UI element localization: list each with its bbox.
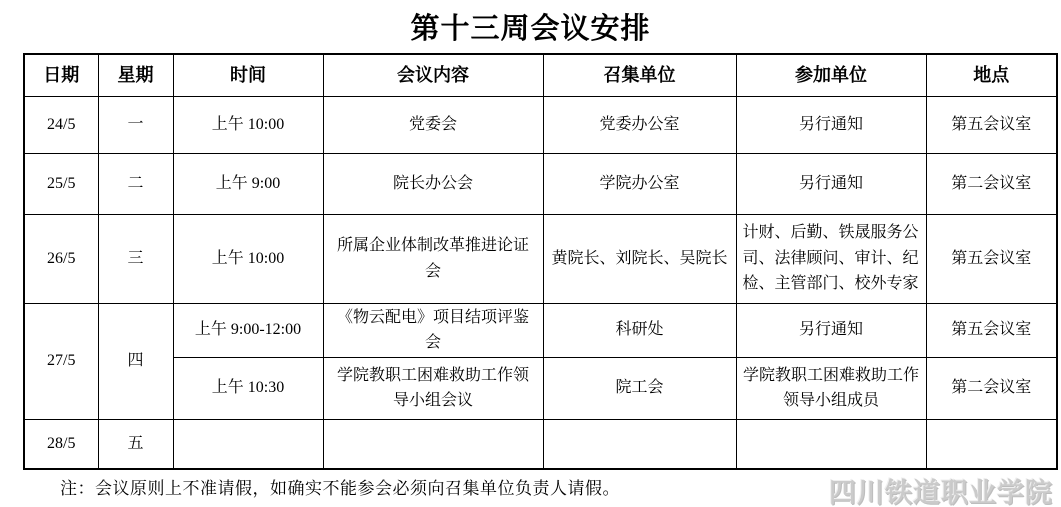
convener-cell xyxy=(543,419,736,469)
location-cell: 第五会议室 xyxy=(926,303,1057,357)
weekday-cell: 三 xyxy=(98,214,173,303)
table-row: 28/5 五 xyxy=(24,419,1057,469)
date-cell: 28/5 xyxy=(24,419,98,469)
location-cell: 第二会议室 xyxy=(926,357,1057,419)
date-cell: 26/5 xyxy=(24,214,98,303)
table-row: 27/5 四 上午 9:00-12:00 《物云配电》项目结项评鉴会 科研处 另… xyxy=(24,303,1057,357)
content-cell: 党委会 xyxy=(323,96,543,153)
content-cell xyxy=(323,419,543,469)
content-cell: 学院教职工困难救助工作领导小组会议 xyxy=(323,357,543,419)
column-header-weekday: 星期 xyxy=(98,54,173,96)
time-cell xyxy=(173,419,323,469)
date-cell: 27/5 xyxy=(24,303,98,419)
time-cell: 上午 9:00-12:00 xyxy=(173,303,323,357)
participants-cell xyxy=(736,419,926,469)
column-header-convener: 召集单位 xyxy=(543,54,736,96)
table-row: 25/5 二 上午 9:00 院长办公会 学院办公室 另行通知 第二会议室 xyxy=(24,153,1057,214)
time-cell: 上午 10:00 xyxy=(173,214,323,303)
participants-cell: 另行通知 xyxy=(736,303,926,357)
participants-cell: 学院教职工困难救助工作领导小组成员 xyxy=(736,357,926,419)
convener-cell: 党委办公室 xyxy=(543,96,736,153)
table-row: 26/5 三 上午 10:00 所属企业体制改革推进论证会 黄院长、刘院长、吴院… xyxy=(24,214,1057,303)
weekday-cell: 五 xyxy=(98,419,173,469)
page-title: 第十三周会议安排 xyxy=(0,0,1061,47)
participants-cell: 另行通知 xyxy=(736,96,926,153)
column-header-content: 会议内容 xyxy=(323,54,543,96)
note-text: 注：会议原则上不准请假，如确实不能参会必须向召集单位负责人请假。 xyxy=(60,474,620,499)
convener-cell: 院工会 xyxy=(543,357,736,419)
location-cell: 第五会议室 xyxy=(926,214,1057,303)
column-header-location: 地点 xyxy=(926,54,1057,96)
time-cell: 上午 10:30 xyxy=(173,357,323,419)
watermark: 四川铁道职业学院 xyxy=(829,471,1053,507)
participants-cell: 另行通知 xyxy=(736,153,926,214)
time-cell: 上午 9:00 xyxy=(173,153,323,214)
content-cell: 《物云配电》项目结项评鉴会 xyxy=(323,303,543,357)
participants-cell: 计财、后勤、铁晟服务公司、法律顾问、审计、纪检、主管部门、校外专家 xyxy=(736,214,926,303)
content-cell: 所属企业体制改革推进论证会 xyxy=(323,214,543,303)
time-cell: 上午 10:00 xyxy=(173,96,323,153)
table-row: 24/5 一 上午 10:00 党委会 党委办公室 另行通知 第五会议室 xyxy=(24,96,1057,153)
date-cell: 25/5 xyxy=(24,153,98,214)
weekday-cell: 一 xyxy=(98,96,173,153)
column-header-participants: 参加单位 xyxy=(736,54,926,96)
column-header-time: 时间 xyxy=(173,54,323,96)
convener-cell: 黄院长、刘院长、吴院长 xyxy=(543,214,736,303)
location-cell xyxy=(926,419,1057,469)
location-cell: 第五会议室 xyxy=(926,96,1057,153)
content-cell: 院长办公会 xyxy=(323,153,543,214)
convener-cell: 学院办公室 xyxy=(543,153,736,214)
weekday-cell: 四 xyxy=(98,303,173,419)
schedule-table: 日期 星期 时间 会议内容 召集单位 参加单位 地点 24/5 一 上午 10:… xyxy=(23,53,1058,470)
date-cell: 24/5 xyxy=(24,96,98,153)
column-header-date: 日期 xyxy=(24,54,98,96)
header-row: 日期 星期 时间 会议内容 召集单位 参加单位 地点 xyxy=(24,54,1057,96)
convener-cell: 科研处 xyxy=(543,303,736,357)
table-row: 上午 10:30 学院教职工困难救助工作领导小组会议 院工会 学院教职工困难救助… xyxy=(24,357,1057,419)
location-cell: 第二会议室 xyxy=(926,153,1057,214)
weekday-cell: 二 xyxy=(98,153,173,214)
